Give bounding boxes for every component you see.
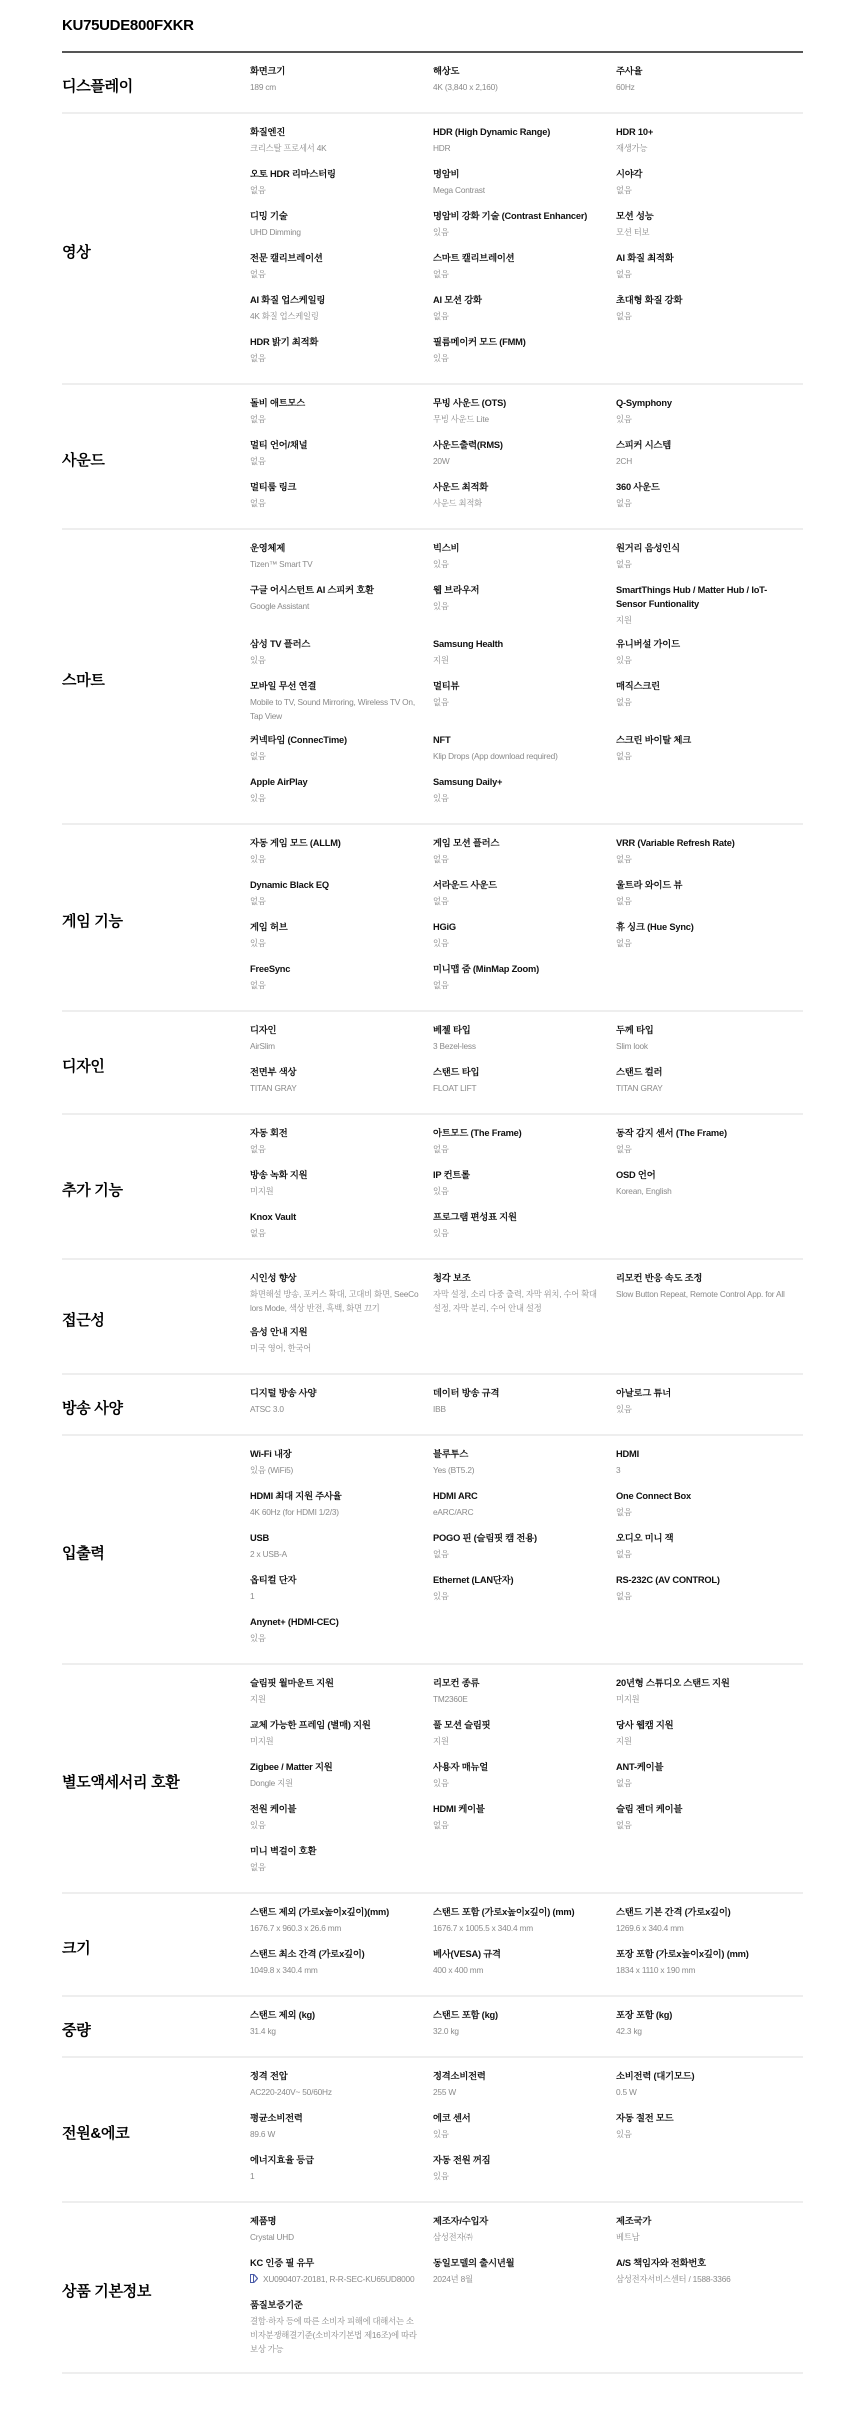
spec-item: 자동 게임 모드 (ALLM)있음 [250, 836, 433, 868]
spec-item: Q-Symphony있음 [616, 396, 799, 428]
spec-value: 없음 [433, 1818, 602, 1832]
spec-value: 있음 [250, 1631, 419, 1645]
spec-label: HDMI 최대 지원 주사율 [250, 1489, 419, 1503]
spec-label: 슬림 젠더 케이블 [616, 1802, 785, 1816]
spec-item: 게임 허브있음 [250, 920, 433, 952]
spec-label: 초대형 화질 강화 [616, 293, 785, 307]
spec-value: 무빙 사운드 Lite [433, 412, 602, 426]
spec-value: 있음 [433, 225, 602, 239]
spec-label: HDMI 케이블 [433, 1802, 602, 1816]
spec-value: 없음 [250, 412, 419, 426]
spec-value: 없음 [616, 557, 785, 571]
spec-item: 커넥타임 (ConnecTime)없음 [250, 733, 433, 765]
spec-value: 없음 [616, 936, 785, 950]
spec-item: 디밍 기술UHD Dimming [250, 209, 433, 241]
spec-label: NFT [433, 733, 602, 747]
section-title: 상품 기본정보 [62, 2214, 250, 2366]
spec-item: 에너지효율 등급1 [250, 2153, 433, 2185]
spec-item: 운영체제Tizen™ Smart TV [250, 541, 433, 573]
spec-label: 오토 HDR 리마스터링 [250, 167, 419, 181]
spec-item: 미니맵 줌 (MinMap Zoom)없음 [433, 962, 616, 994]
spec-value: TITAN GRAY [250, 1081, 419, 1095]
spec-label: 원거리 음성인식 [616, 541, 785, 555]
spec-label: 스탠드 최소 간격 (가로x깊이) [250, 1947, 419, 1961]
spec-label: USB [250, 1531, 419, 1545]
spec-value: Google Assistant [250, 599, 419, 613]
spec-value: 미지원 [616, 1692, 785, 1706]
spec-label: 커넥타임 (ConnecTime) [250, 733, 419, 747]
spec-grid: 자동 게임 모드 (ALLM)있음게임 모션 플러스없음VRR (Variabl… [250, 836, 803, 1004]
spec-value: 20W [433, 454, 602, 468]
spec-section: 영상화질엔진크리스탈 프로세서 4KHDR (High Dynamic Rang… [62, 114, 803, 385]
spec-item: 스탠드 포함 (kg)32.0 kg [433, 2008, 616, 2040]
spec-item: 게임 모션 플러스없음 [433, 836, 616, 868]
spec-label: 빅스비 [433, 541, 602, 555]
section-title: 사운드 [62, 396, 250, 522]
spec-grid: 자동 회전없음아트모드 (The Frame)없음동작 감지 센서 (The F… [250, 1126, 803, 1252]
spec-label: 무빙 사운드 (OTS) [433, 396, 602, 410]
spec-item: 명암비 강화 기술 (Contrast Enhancer)있음 [433, 209, 616, 241]
spec-item: 디지털 방송 사양ATSC 3.0 [250, 1386, 433, 1418]
spec-value: 없음 [616, 749, 785, 763]
spec-value: FLOAT LIFT [433, 1081, 602, 1095]
spec-value: TM2360E [433, 1692, 602, 1706]
spec-item: 삼성 TV 플러스있음 [250, 637, 433, 669]
spec-label: 유니버설 가이드 [616, 637, 785, 651]
spec-section: 게임 기능자동 게임 모드 (ALLM)있음게임 모션 플러스없음VRR (Va… [62, 825, 803, 1012]
spec-label: 풀 모션 슬림핏 [433, 1718, 602, 1732]
spec-value: 없음 [616, 894, 785, 908]
spec-label: Zigbee / Matter 지원 [250, 1760, 419, 1774]
spec-item: 울트라 와이드 뷰없음 [616, 878, 799, 910]
spec-value: 없음 [616, 1505, 785, 1519]
spec-label: AI 모션 강화 [433, 293, 602, 307]
spec-value: eARC/ARC [433, 1505, 602, 1519]
spec-item: 스탠드 최소 간격 (가로x깊이)1049.8 x 340.4 mm [250, 1947, 433, 1979]
spec-item: 모션 성능모션 터보 [616, 209, 799, 241]
spec-item: 슬림핏 월마운트 지원지원 [250, 1676, 433, 1708]
spec-label: One Connect Box [616, 1489, 785, 1503]
spec-value: 3 [616, 1463, 785, 1477]
section-title: 방송 사양 [62, 1386, 250, 1428]
spec-label: 데이터 방송 규격 [433, 1386, 602, 1400]
spec-value: 400 x 400 mm [433, 1963, 602, 1977]
spec-value: 없음 [250, 978, 419, 992]
spec-section: 전원&에코정격 전압AC220-240V~ 50/60Hz정격소비전력255 W… [62, 2058, 803, 2203]
spec-value: 없음 [250, 1142, 419, 1156]
spec-label: 해상도 [433, 64, 602, 78]
spec-item: 제조국가베트남 [616, 2214, 799, 2246]
spec-section: 별도액세서리 호환슬림핏 월마운트 지원지원리모컨 종류TM2360E20년형 … [62, 1665, 803, 1894]
spec-label: 아날로그 튜너 [616, 1386, 785, 1400]
spec-value: 32.0 kg [433, 2024, 602, 2038]
spec-value: 없음 [433, 695, 602, 709]
spec-label: 정격 전압 [250, 2069, 419, 2083]
spec-value: 없음 [616, 309, 785, 323]
spec-label: 모션 성능 [616, 209, 785, 223]
spec-item: 360 사운드없음 [616, 480, 799, 512]
spec-item: 교체 가능한 프레임 (별매) 지원미지원 [250, 1718, 433, 1750]
spec-label: 교체 가능한 프레임 (별매) 지원 [250, 1718, 419, 1732]
spec-label: 방송 녹화 지원 [250, 1168, 419, 1182]
spec-grid: 운영체제Tizen™ Smart TV빅스비있음원거리 음성인식없음구글 어시스… [250, 541, 803, 817]
spec-label: 서라운드 사운드 [433, 878, 602, 892]
spec-label: 에코 센서 [433, 2111, 602, 2125]
spec-section: 추가 기능자동 회전없음아트모드 (The Frame)없음동작 감지 센서 (… [62, 1115, 803, 1260]
spec-section: 상품 기본정보제품명Crystal UHD제조자/수입자삼성전자㈜제조국가베트남… [62, 2203, 803, 2374]
spec-label: 스탠드 제외 (kg) [250, 2008, 419, 2022]
spec-value: Slow Button Repeat, Remote Control App. … [616, 1287, 785, 1301]
spec-item: 전원 케이블있음 [250, 1802, 433, 1834]
spec-item: 멀티 언어/채널없음 [250, 438, 433, 470]
spec-item: Dynamic Black EQ없음 [250, 878, 433, 910]
spec-grid: 시인성 향상화면해설 방송, 포커스 확대, 고대비 화면, SeeColors… [250, 1271, 803, 1367]
spec-label: 운영체제 [250, 541, 419, 555]
spec-value: AirSlim [250, 1039, 419, 1053]
spec-label: 스마트 캘리브레이션 [433, 251, 602, 265]
spec-item: 주사율60Hz [616, 64, 799, 96]
spec-label: 미니맵 줌 (MinMap Zoom) [433, 962, 602, 976]
spec-item: 당사 웹캠 지원지원 [616, 1718, 799, 1750]
spec-value: 있음 [433, 936, 602, 950]
spec-section: 입출력Wi-Fi 내장있음 (WiFi5)블루투스Yes (BT5.2)HDMI… [62, 1436, 803, 1665]
section-title: 접근성 [62, 1271, 250, 1367]
spec-label: 스탠드 타입 [433, 1065, 602, 1079]
spec-page: KU75UDE800FXKR 디스플레이화면크기189 cm해상도4K (3,8… [0, 0, 860, 2414]
section-title: 크기 [62, 1905, 250, 1989]
spec-item: 스탠드 제외 (가로x높이x깊이)(mm)1676.7 x 960.3 x 26… [250, 1905, 433, 1937]
spec-label: 제품명 [250, 2214, 419, 2228]
spec-item: 베사(VESA) 규격400 x 400 mm [433, 1947, 616, 1979]
spec-item: 평균소비전력89.6 W [250, 2111, 433, 2143]
spec-label: 자동 게임 모드 (ALLM) [250, 836, 419, 850]
spec-item: 모바일 무선 연결Mobile to TV, Sound Mirroring, … [250, 679, 433, 723]
spec-value: 화면해설 방송, 포커스 확대, 고대비 화면, SeeColors Mode,… [250, 1287, 419, 1315]
spec-item: 멀티룸 링크없음 [250, 480, 433, 512]
spec-item: 스탠드 타입FLOAT LIFT [433, 1065, 616, 1097]
spec-value: UHD Dimming [250, 225, 419, 239]
spec-label: 두께 타입 [616, 1023, 785, 1037]
spec-value: 없음 [250, 1226, 419, 1240]
spec-value: 3 Bezel-less [433, 1039, 602, 1053]
spec-item: 미니 벽걸이 호환없음 [250, 1844, 433, 1876]
spec-value: 없음 [250, 749, 419, 763]
spec-item: 웹 브라우저있음 [433, 583, 616, 627]
spec-value: 있음 [616, 1402, 785, 1416]
spec-value: 없음 [616, 1547, 785, 1561]
spec-value: IBB [433, 1402, 602, 1416]
spec-grid: 돌비 애트모스없음무빙 사운드 (OTS)무빙 사운드 LiteQ-Sympho… [250, 396, 803, 522]
spec-value: 있음 [616, 653, 785, 667]
spec-value: 삼성전자서비스센터 / 1588-3366 [616, 2272, 785, 2286]
spec-value: 미국 영어, 한국어 [250, 1341, 419, 1355]
section-title: 디자인 [62, 1023, 250, 1107]
spec-item: Apple AirPlay있음 [250, 775, 433, 807]
spec-label: 자동 절전 모드 [616, 2111, 785, 2125]
spec-label: Q-Symphony [616, 396, 785, 410]
spec-value: 있음 [433, 1776, 602, 1790]
spec-label: Samsung Health [433, 637, 602, 651]
spec-item: USB2 x USB-A [250, 1531, 433, 1563]
spec-value: 크리스탈 프로세서 4K [250, 141, 419, 155]
spec-value: 모션 터보 [616, 225, 785, 239]
spec-item: Samsung Health지원 [433, 637, 616, 669]
spec-value: 있음 [433, 557, 602, 571]
spec-item: 베젤 타입3 Bezel-less [433, 1023, 616, 1055]
spec-label: 품질보증기준 [250, 2298, 419, 2312]
spec-section: 디스플레이화면크기189 cm해상도4K (3,840 x 2,160)주사율6… [62, 53, 803, 114]
spec-label: 전원 케이블 [250, 1802, 419, 1816]
spec-item: 무빙 사운드 (OTS)무빙 사운드 Lite [433, 396, 616, 428]
spec-label: 화질엔진 [250, 125, 419, 139]
spec-label: Anynet+ (HDMI-CEC) [250, 1615, 419, 1629]
spec-label: 제조국가 [616, 2214, 785, 2228]
spec-label: 웹 브라우저 [433, 583, 602, 597]
spec-item: IP 컨트롤있음 [433, 1168, 616, 1200]
spec-label: 디밍 기술 [250, 209, 419, 223]
spec-label: AI 화질 최적화 [616, 251, 785, 265]
spec-value: 사운드 최적화 [433, 496, 602, 510]
section-title: 전원&에코 [62, 2069, 250, 2195]
spec-label: 20년형 스튜디오 스탠드 지원 [616, 1676, 785, 1690]
spec-item: VRR (Variable Refresh Rate)없음 [616, 836, 799, 868]
spec-label: 슬림핏 월마운트 지원 [250, 1676, 419, 1690]
spec-label: 스탠드 포함 (가로x높이x깊이) (mm) [433, 1905, 602, 1919]
spec-label: 디자인 [250, 1023, 419, 1037]
spec-item: 에코 센서있음 [433, 2111, 616, 2143]
spec-value: 31.4 kg [250, 2024, 419, 2038]
spec-grid: 스탠드 제외 (가로x높이x깊이)(mm)1676.7 x 960.3 x 26… [250, 1905, 803, 1989]
spec-item: 데이터 방송 규격IBB [433, 1386, 616, 1418]
spec-value: 42.3 kg [616, 2024, 785, 2038]
spec-value: 255 W [433, 2085, 602, 2099]
spec-item: 제품명Crystal UHD [250, 2214, 433, 2246]
spec-grid: 화질엔진크리스탈 프로세서 4KHDR (High Dynamic Range)… [250, 125, 803, 377]
spec-item: 구글 어시스턴트 AI 스피커 호환Google Assistant [250, 583, 433, 627]
spec-value: 1 [250, 2169, 419, 2183]
spec-item: HGiG있음 [433, 920, 616, 952]
spec-label: VRR (Variable Refresh Rate) [616, 836, 785, 850]
spec-item: 풀 모션 슬림핏지원 [433, 1718, 616, 1750]
spec-label: 사운드 최적화 [433, 480, 602, 494]
spec-value: 1049.8 x 340.4 mm [250, 1963, 419, 1977]
spec-grid: 화면크기189 cm해상도4K (3,840 x 2,160)주사율60Hz [250, 64, 803, 106]
spec-item: 전문 캘리브레이션없음 [250, 251, 433, 283]
spec-label: IP 컨트롤 [433, 1168, 602, 1182]
spec-value: 있음 [616, 412, 785, 426]
spec-item: 시야각없음 [616, 167, 799, 199]
spec-item: 프로그램 편성표 지원있음 [433, 1210, 616, 1242]
spec-value: HDR [433, 141, 602, 155]
spec-item: 스탠드 컬러TITAN GRAY [616, 1065, 799, 1097]
spec-label: 아트모드 (The Frame) [433, 1126, 602, 1140]
spec-grid: 디자인AirSlim베젤 타입3 Bezel-less두께 타입Slim loo… [250, 1023, 803, 1107]
spec-value: Mega Contrast [433, 183, 602, 197]
kc-cert-number: XU090407-20181, R-R-SEC-KU65UD8000 [263, 2274, 414, 2284]
spec-label: 블루투스 [433, 1447, 602, 1461]
spec-item: 청각 보조자막 설정, 소리 다중 출력, 자막 위치, 수어 확대 설정, 자… [433, 1271, 616, 1315]
spec-item: 정격 전압AC220-240V~ 50/60Hz [250, 2069, 433, 2101]
spec-value: 없음 [433, 267, 602, 281]
spec-item: HDMI 케이블없음 [433, 1802, 616, 1834]
spec-value: 재생가능 [616, 141, 785, 155]
spec-value: 있음 [433, 2127, 602, 2141]
spec-item: 스탠드 포함 (가로x높이x깊이) (mm)1676.7 x 1005.5 x … [433, 1905, 616, 1937]
spec-label: 정격소비전력 [433, 2069, 602, 2083]
spec-label: 스크린 바이탈 체크 [616, 733, 785, 747]
spec-value: Tizen™ Smart TV [250, 557, 419, 571]
spec-label: 모바일 무선 연결 [250, 679, 419, 693]
spec-value: ATSC 3.0 [250, 1402, 419, 1416]
spec-value: Crystal UHD [250, 2230, 419, 2244]
spec-value: Korean, English [616, 1184, 785, 1198]
spec-value: 있음 [433, 1226, 602, 1240]
spec-value: 60Hz [616, 80, 785, 94]
spec-value: 있음 [433, 1184, 602, 1198]
spec-item: 제조자/수입자삼성전자㈜ [433, 2214, 616, 2246]
spec-label: 스탠드 기본 간격 (가로x깊이) [616, 1905, 785, 1919]
spec-item: 음성 안내 지원미국 영어, 한국어 [250, 1325, 433, 1357]
spec-value: 없음 [250, 454, 419, 468]
spec-section: 크기스탠드 제외 (가로x높이x깊이)(mm)1676.7 x 960.3 x … [62, 1894, 803, 1997]
spec-value: 없음 [250, 1860, 419, 1874]
spec-item: ANT-케이블없음 [616, 1760, 799, 1792]
spec-item: FreeSync없음 [250, 962, 433, 994]
spec-value: 있음 [433, 791, 602, 805]
spec-item: 서라운드 사운드없음 [433, 878, 616, 910]
spec-item: 동작 감지 센서 (The Frame)없음 [616, 1126, 799, 1158]
spec-value: 있음 [250, 852, 419, 866]
spec-item: NFTKlip Drops (App download required) [433, 733, 616, 765]
spec-item: 사운드 최적화사운드 최적화 [433, 480, 616, 512]
spec-grid: 디지털 방송 사양ATSC 3.0데이터 방송 규격IBB아날로그 튜너있음 [250, 1386, 803, 1428]
spec-label: 사용자 매뉴얼 [433, 1760, 602, 1774]
spec-value: 없음 [250, 351, 419, 365]
spec-label: 디지털 방송 사양 [250, 1386, 419, 1400]
spec-value: TITAN GRAY [616, 1081, 785, 1095]
section-title: 입출력 [62, 1447, 250, 1657]
spec-item: 휴 싱크 (Hue Sync)없음 [616, 920, 799, 952]
spec-label: 당사 웹캠 지원 [616, 1718, 785, 1732]
spec-value: 미지원 [250, 1184, 419, 1198]
spec-label: 사운드출력(RMS) [433, 438, 602, 452]
spec-item: 리모컨 반응 속도 조정Slow Button Repeat, Remote C… [616, 1271, 799, 1315]
spec-section: 접근성시인성 향상화면해설 방송, 포커스 확대, 고대비 화면, SeeCol… [62, 1260, 803, 1375]
spec-item: 아트모드 (The Frame)없음 [433, 1126, 616, 1158]
spec-item: OSD 언어Korean, English [616, 1168, 799, 1200]
spec-label: 게임 허브 [250, 920, 419, 934]
spec-item: 오토 HDR 리마스터링없음 [250, 167, 433, 199]
spec-value: 있음 [433, 2169, 602, 2183]
spec-value: 없음 [433, 1142, 602, 1156]
spec-item: 슬림 젠더 케이블없음 [616, 1802, 799, 1834]
spec-item: 스크린 바이탈 체크없음 [616, 733, 799, 765]
spec-item: POGO 핀 (슬림핏 캠 전용)없음 [433, 1531, 616, 1563]
spec-label: FreeSync [250, 962, 419, 976]
spec-value: 2CH [616, 454, 785, 468]
spec-item: 스탠드 기본 간격 (가로x깊이)1269.6 x 340.4 mm [616, 1905, 799, 1937]
spec-label: Knox Vault [250, 1210, 419, 1224]
spec-label: 전문 캘리브레이션 [250, 251, 419, 265]
spec-value: 189 cm [250, 80, 419, 94]
spec-label: HDR 밝기 최적화 [250, 335, 419, 349]
spec-item: 사용자 매뉴얼있음 [433, 1760, 616, 1792]
spec-value: 0.5 W [616, 2085, 785, 2099]
spec-item: Zigbee / Matter 지원Dongle 지원 [250, 1760, 433, 1792]
spec-value: 자막 설정, 소리 다중 출력, 자막 위치, 수어 확대 설정, 자막 분리,… [433, 1287, 602, 1315]
spec-value: 지원 [616, 1734, 785, 1748]
spec-grid: 슬림핏 월마운트 지원지원리모컨 종류TM2360E20년형 스튜디오 스탠드 … [250, 1676, 803, 1886]
spec-label: HGiG [433, 920, 602, 934]
spec-value: 있음 (WiFi5) [250, 1463, 419, 1477]
spec-label: 명암비 [433, 167, 602, 181]
spec-label: ANT-케이블 [616, 1760, 785, 1774]
spec-value: 미지원 [250, 1734, 419, 1748]
spec-value: 없음 [250, 496, 419, 510]
spec-label: 구글 어시스턴트 AI 스피커 호환 [250, 583, 419, 597]
spec-item: HDMI 최대 지원 주사율4K 60Hz (for HDMI 1/2/3) [250, 1489, 433, 1521]
spec-item: 화질엔진크리스탈 프로세서 4K [250, 125, 433, 157]
spec-label: 매직스크린 [616, 679, 785, 693]
spec-item: 자동 회전없음 [250, 1126, 433, 1158]
spec-item: 빅스비있음 [433, 541, 616, 573]
spec-value: 없음 [616, 496, 785, 510]
spec-value: Klip Drops (App download required) [433, 749, 602, 763]
spec-label: 멀티 언어/채널 [250, 438, 419, 452]
section-title: 추가 기능 [62, 1126, 250, 1252]
spec-item: 정격소비전력255 W [433, 2069, 616, 2101]
spec-label: 소비전력 (대기모드) [616, 2069, 785, 2083]
spec-value: 있음 [250, 1818, 419, 1832]
spec-item: Wi-Fi 내장있음 (WiFi5) [250, 1447, 433, 1479]
spec-label: 명암비 강화 기술 (Contrast Enhancer) [433, 209, 602, 223]
spec-value: 없음 [250, 183, 419, 197]
spec-label: 프로그램 편성표 지원 [433, 1210, 602, 1224]
spec-label: 돌비 애트모스 [250, 396, 419, 410]
spec-label: RS-232C (AV CONTROL) [616, 1573, 785, 1587]
spec-label: 울트라 와이드 뷰 [616, 878, 785, 892]
spec-value: 없음 [433, 894, 602, 908]
spec-value: 있음 [433, 599, 602, 613]
spec-item: 소비전력 (대기모드)0.5 W [616, 2069, 799, 2101]
spec-item: 20년형 스튜디오 스탠드 지원미지원 [616, 1676, 799, 1708]
spec-value: 지원 [433, 653, 602, 667]
spec-label: HDMI [616, 1447, 785, 1461]
spec-label: OSD 언어 [616, 1168, 785, 1182]
spec-value: 없음 [433, 852, 602, 866]
spec-item: 스탠드 제외 (kg)31.4 kg [250, 2008, 433, 2040]
spec-label: 삼성 TV 플러스 [250, 637, 419, 651]
spec-label: 동일모델의 출시년월 [433, 2256, 602, 2270]
spec-value: 89.6 W [250, 2127, 419, 2141]
spec-label: 스피커 시스템 [616, 438, 785, 452]
spec-value: 없음 [616, 1142, 785, 1156]
spec-value: 없음 [433, 309, 602, 323]
spec-label: 스탠드 제외 (가로x높이x깊이)(mm) [250, 1905, 419, 1919]
spec-item: 명암비Mega Contrast [433, 167, 616, 199]
spec-value: 결함·하자 등에 따른 소비자 피해에 대해서는 소비자분쟁해결기준(소비자기본… [250, 2314, 419, 2356]
spec-item: Samsung Daily+있음 [433, 775, 616, 807]
spec-label: 시인성 향상 [250, 1271, 419, 1285]
spec-label: AI 화질 업스케일링 [250, 293, 419, 307]
spec-item: 포장 포함 (kg)42.3 kg [616, 2008, 799, 2040]
spec-item: Ethernet (LAN단자)있음 [433, 1573, 616, 1605]
spec-value: 1 [250, 1589, 419, 1603]
section-title: 스마트 [62, 541, 250, 817]
spec-value: 없음 [616, 695, 785, 709]
spec-value: 있음 [433, 1589, 602, 1603]
spec-item: Knox Vault없음 [250, 1210, 433, 1242]
